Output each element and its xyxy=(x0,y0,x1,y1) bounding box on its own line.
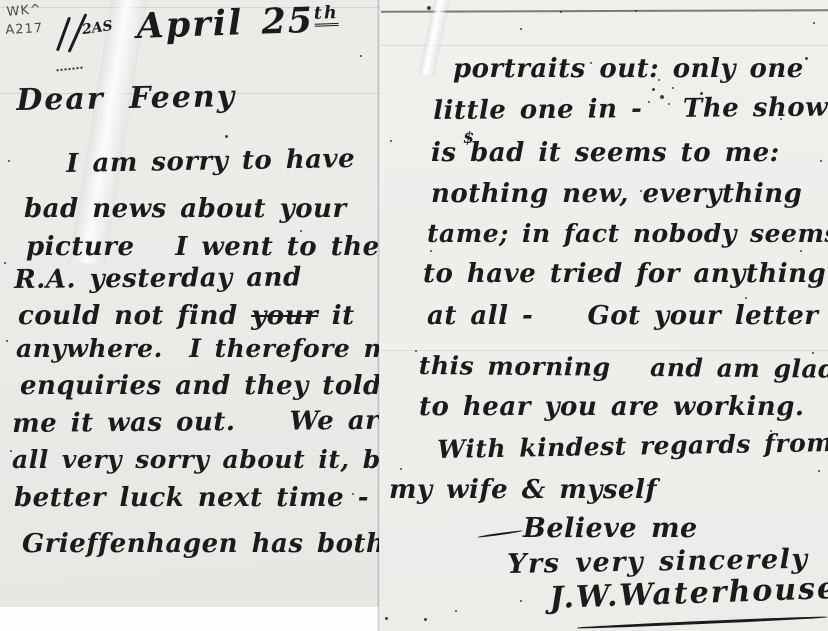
ink-speckle xyxy=(455,610,457,612)
salutation: Dear Feeny xyxy=(16,80,236,117)
letter-line: With kindest regards from xyxy=(437,429,828,463)
letter-line: better luck next time - xyxy=(14,484,369,513)
date-main: April 25 xyxy=(136,0,315,47)
archival-mark-wk: WK^ xyxy=(6,2,42,20)
ink-speckle xyxy=(652,88,655,91)
ink-scribble: 2AS xyxy=(52,12,122,62)
ink-speckle xyxy=(427,6,431,10)
letter-line: bad news about your xyxy=(24,195,347,224)
letter-line: Grieffenhagen has both xyxy=(22,530,379,559)
letter-line: this morning and am glad xyxy=(419,352,828,383)
ink-speckle xyxy=(590,62,592,64)
ink-speckle xyxy=(225,135,228,138)
letter-line: could not find your it xyxy=(18,302,355,331)
letter-line: anywhere. I therefore made xyxy=(16,335,379,363)
letter-line: all very sorry about it, but xyxy=(12,446,379,474)
ink-speckle xyxy=(430,250,432,252)
ink-speckle xyxy=(813,22,815,24)
ink-speckle xyxy=(424,618,427,621)
letter-page-left: WK^ A217 2AS April 25th Dear Feeny I am … xyxy=(0,0,379,607)
ink-speckle xyxy=(668,103,670,105)
letter-page-right: portraits out: only one little one in - … xyxy=(381,0,828,631)
date-suffix: th xyxy=(314,3,340,27)
ink-speckle xyxy=(360,55,362,57)
ink-speckle xyxy=(520,28,522,30)
letter-line: me it was out. We are xyxy=(12,407,379,439)
letter-line: portraits out: only one xyxy=(453,55,804,84)
letter-line: tame; in fact nobody seems xyxy=(427,220,828,248)
ink-speckle xyxy=(635,10,637,12)
ink-speckle xyxy=(390,140,392,142)
letter-line: is bad it seems to me: xyxy=(431,139,780,168)
signature-underline xyxy=(577,616,827,629)
ink-speckle xyxy=(805,57,808,60)
letter-line: at all - Got your letter xyxy=(427,302,818,331)
crease-line xyxy=(381,45,828,46)
ink-speckle xyxy=(812,352,814,354)
closing-line: Believe me xyxy=(523,514,698,544)
ink-speckle xyxy=(700,92,703,95)
date-line: April 25th xyxy=(136,1,340,47)
struck-word: your xyxy=(251,301,318,331)
ink-speckle xyxy=(658,79,660,81)
letter-line: my wife & myself xyxy=(389,476,657,505)
ink-speckle xyxy=(660,95,664,99)
ink-speckle xyxy=(672,87,674,89)
ink-speckle xyxy=(400,468,402,470)
archival-mark-a217: A217 xyxy=(5,21,43,38)
ink-speckle xyxy=(560,11,562,13)
ink-speckle xyxy=(770,430,772,432)
letter-line: picture I went to the xyxy=(26,233,379,262)
letter-line: to hear you are working. xyxy=(419,393,804,422)
letter-line: R.A. yesterday and xyxy=(14,263,302,294)
scribble-text: 2AS xyxy=(81,18,114,38)
ink-speckle xyxy=(800,250,802,252)
ink-speckle xyxy=(520,600,522,602)
ink-speckle xyxy=(780,118,782,120)
ink-speckle xyxy=(820,160,822,162)
ink-speckle xyxy=(707,97,709,99)
letter-line: I am sorry to have xyxy=(66,145,355,179)
letter-line: enquiries and they told xyxy=(20,372,379,401)
ink-speckle xyxy=(10,450,12,452)
ink-speckle xyxy=(385,617,388,620)
ink-speckle xyxy=(818,470,820,472)
ink-speckle xyxy=(700,558,702,560)
letter-line: nothing new, everything xyxy=(431,180,802,209)
line-text: it xyxy=(318,301,354,331)
ink-speckle xyxy=(4,262,6,264)
letter-line: to have tried for anything xyxy=(423,260,826,289)
ink-speckle xyxy=(640,190,642,192)
closing-flourish xyxy=(477,530,523,538)
letter-scan: WK^ A217 2AS April 25th Dear Feeny I am … xyxy=(0,0,828,631)
ink-speckle xyxy=(415,350,417,352)
ink-speckle xyxy=(648,101,650,103)
ink-scribble-small xyxy=(55,57,82,72)
ink-speckle xyxy=(6,340,8,342)
ink-speckle xyxy=(300,230,302,232)
letter-line: little one in - The show xyxy=(433,94,828,126)
line-text: could not find xyxy=(18,301,251,331)
ink-speckle xyxy=(745,297,747,299)
ink-speckle xyxy=(352,493,354,495)
ink-speckle xyxy=(8,160,10,162)
